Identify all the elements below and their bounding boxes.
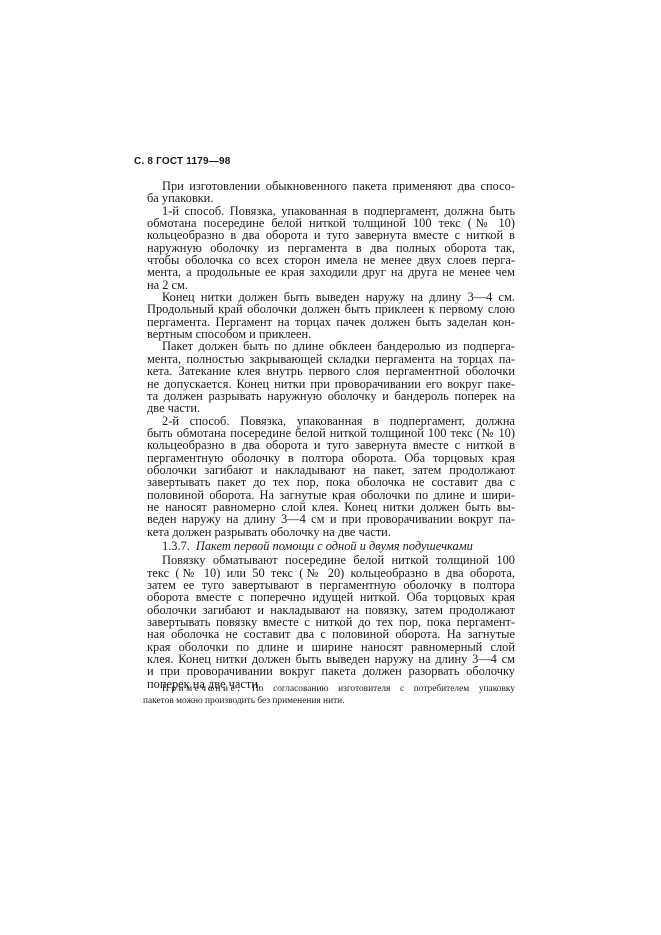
note-line: пакетов можно производить без применения… <box>143 695 515 707</box>
section-title: Пакет первой помощи с одной и двумя поду… <box>196 539 473 553</box>
text-line: Пакет должен быть по длине обклеен банде… <box>147 340 515 352</box>
text-line: кольцеобразно в два оборота и туго завер… <box>147 439 515 451</box>
text-line: не допускается. Конец нитки при проворач… <box>147 378 515 390</box>
text-line: и при проворачивании вокруг пакета долже… <box>147 665 515 677</box>
paragraph-method-2: 2-й способ. Повязка, упакованная в подпе… <box>147 415 515 538</box>
text-line: кета. Затекание клея внутрь первого слоя… <box>147 365 515 377</box>
section-heading-1-3-7: 1.3.7.Пакет первой помощи с одной и двум… <box>147 540 515 552</box>
text-line: кольцеобразно в два оборота и туго завер… <box>147 229 515 241</box>
text-line: завертывать пакет до тех пор, пока оболо… <box>147 476 515 488</box>
text-line: оборота вместе с поперечно идущей ниткой… <box>147 591 515 603</box>
text-line: Повязку обматывают посередине белой нитк… <box>147 554 515 566</box>
text-line: Продольный край оболочки должен быть при… <box>147 303 515 315</box>
paragraph-intro: При изготовлении обыкновенного пакета пр… <box>147 180 515 205</box>
paragraph-banderole: Пакет должен быть по длине обклеен банде… <box>147 340 515 414</box>
text-line: ба упаковки. <box>147 192 515 204</box>
note-text: По согласованию изготовителя с потребите… <box>252 684 515 694</box>
paragraph-first-aid: Повязку обматывают посередине белой нитк… <box>147 554 515 690</box>
text-line: две части. <box>147 402 515 414</box>
page-header: С. 8 ГОСТ 1179—98 <box>134 156 231 167</box>
note-line: Примечание. По согласованию изготовителя… <box>143 683 515 695</box>
text-line: мента, а продольные ее края заходили дру… <box>147 266 515 278</box>
section-number: 1.3.7. <box>162 539 190 553</box>
note: Примечание. По согласованию изготовителя… <box>143 683 515 708</box>
text-line: ная оболочка не составит два с половиной… <box>147 628 515 640</box>
text-line: кета должен разрывать оболочку на две ча… <box>147 526 515 538</box>
note-label: Примечание. <box>162 684 242 694</box>
paragraph-method-1: 1-й способ. Повязка, упакованная в подпе… <box>147 205 515 291</box>
document-body: При изготовлении обыкновенного пакета пр… <box>147 180 515 690</box>
text-line: та должен разрывать наружную оболочку и … <box>147 390 515 402</box>
text-line: веден наружу на длину 3—4 см и при прово… <box>147 513 515 525</box>
paragraph-thread-end: Конец нитки должен быть выведен наружу н… <box>147 291 515 340</box>
